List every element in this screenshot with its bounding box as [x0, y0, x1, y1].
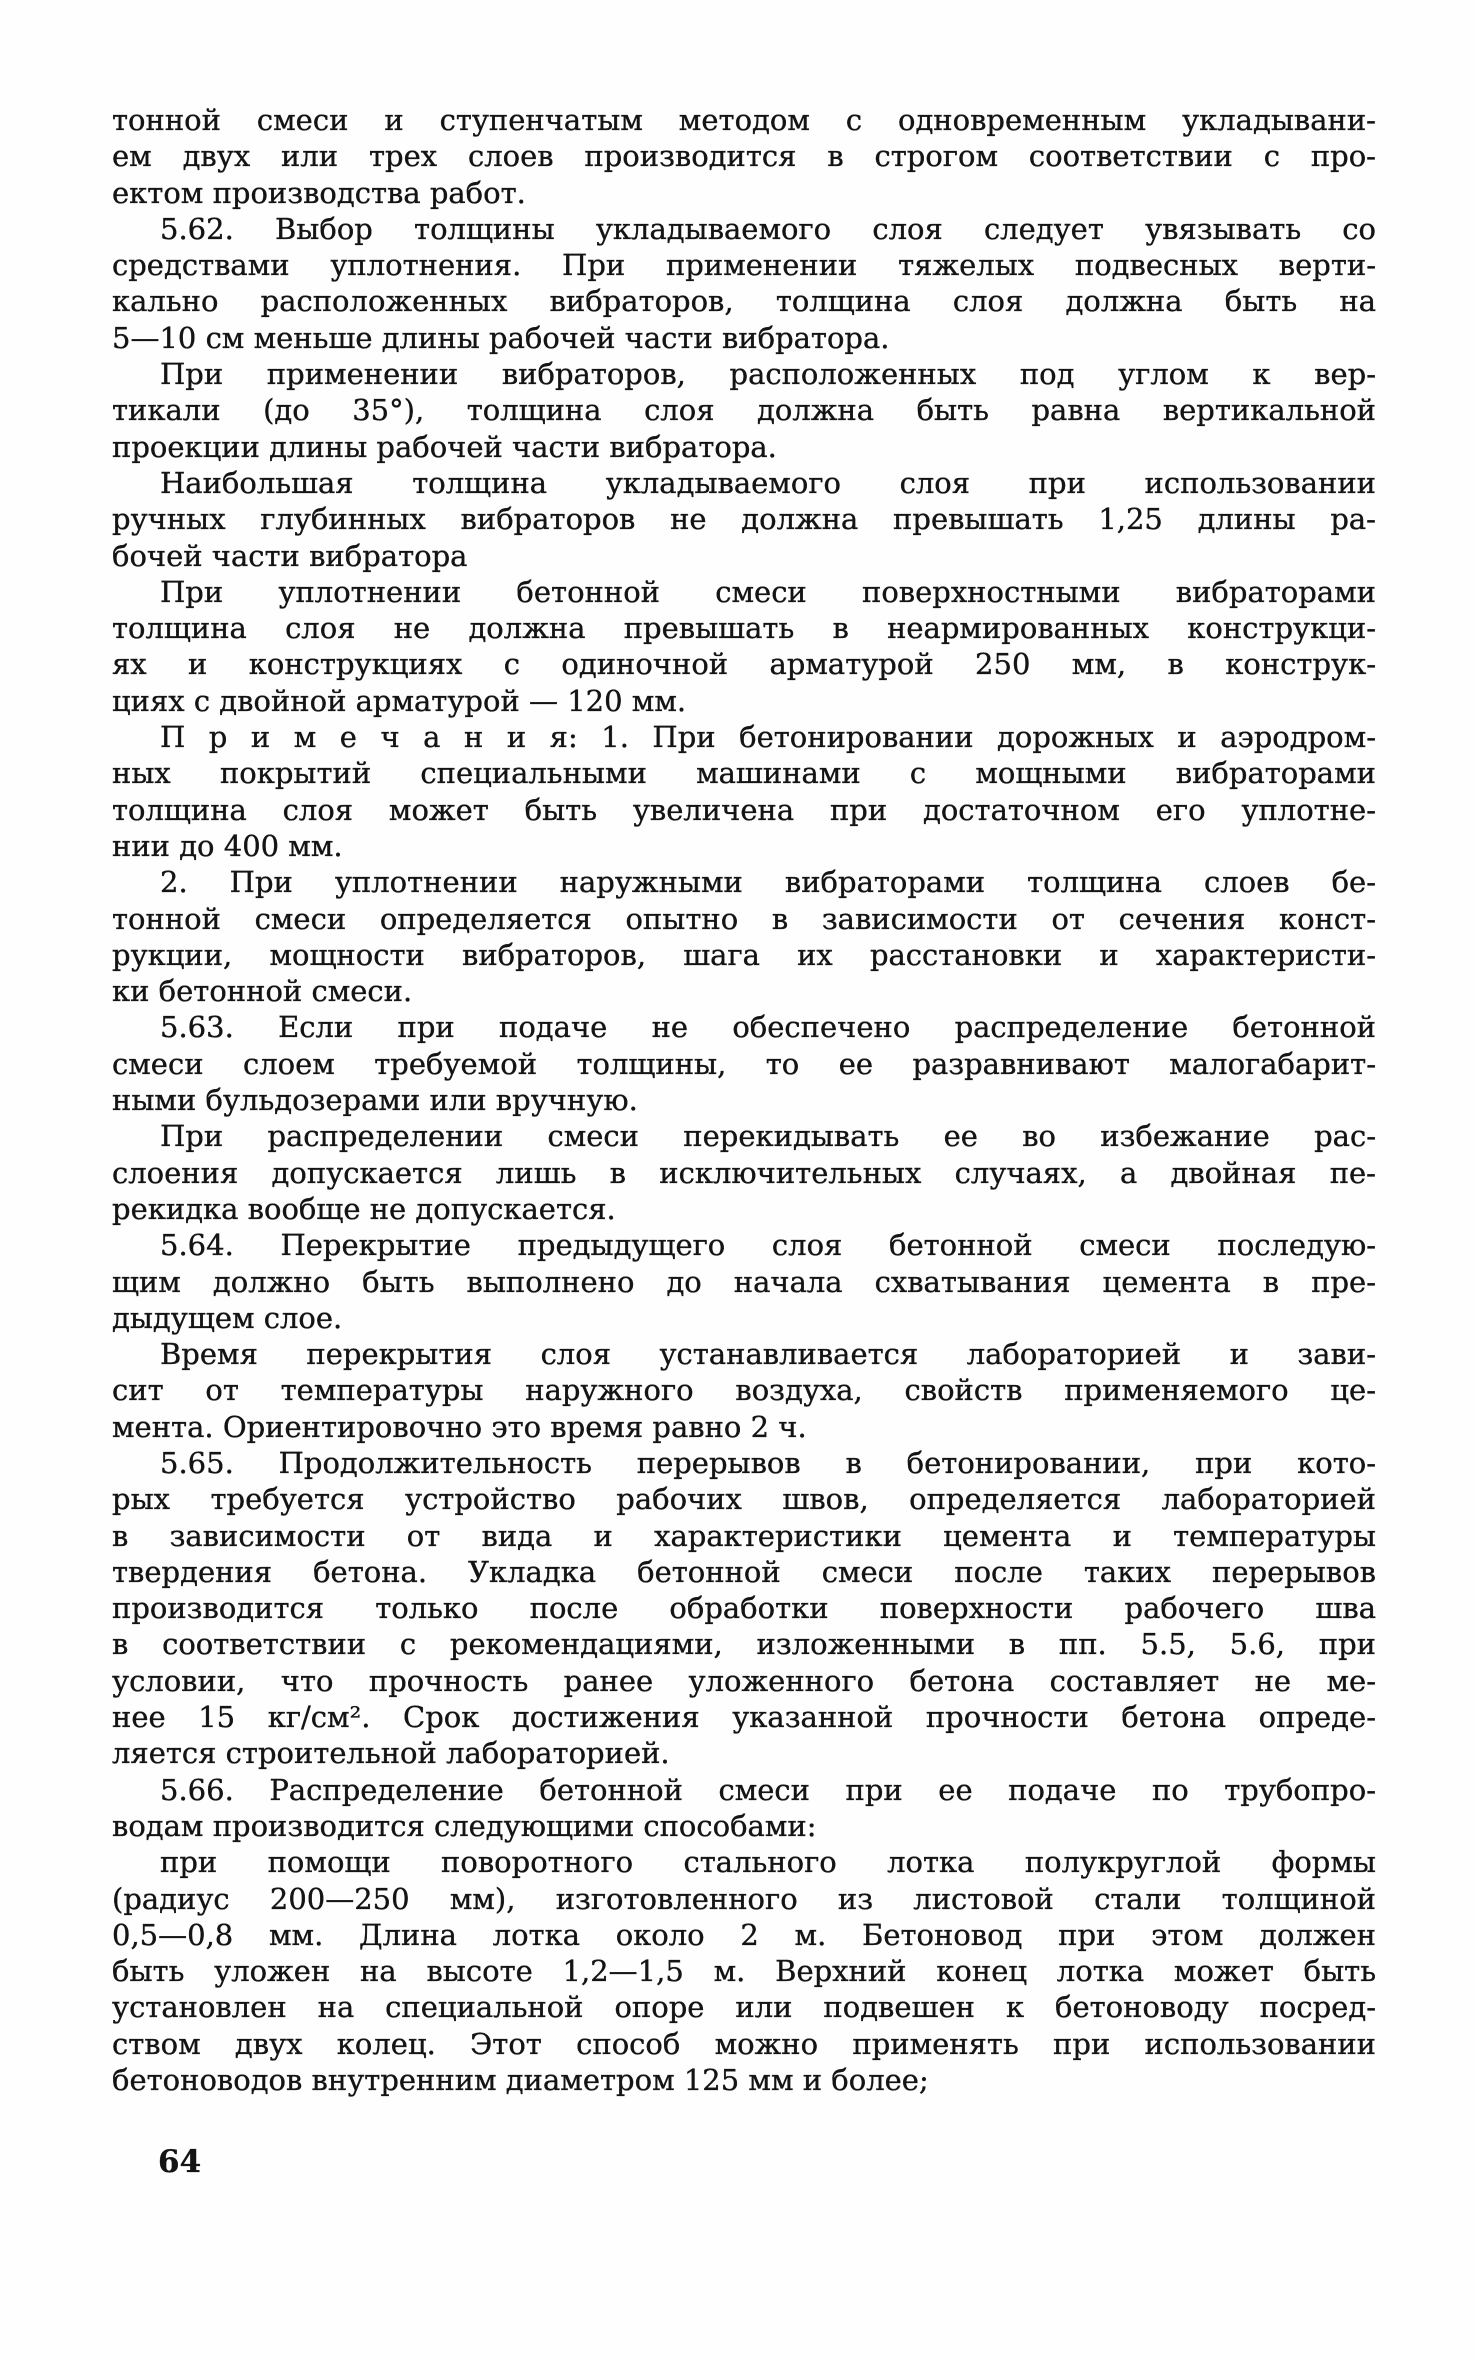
- text-line: проекции длины рабочей части вибратора.: [112, 429, 1376, 465]
- text-line: кально расположенных вибраторов, толщина…: [112, 283, 1376, 319]
- text-line: тонной смеси определяется опытно в завис…: [112, 901, 1376, 937]
- text-line: установлен на специальной опоре или подв…: [112, 1989, 1376, 2025]
- text-line: сит от температуры наружного воздуха, св…: [112, 1372, 1376, 1408]
- text-line: в соответствии с рекомендациями, изложен…: [112, 1626, 1376, 1662]
- page-body-text: тонной смеси и ступенчатым методом с одн…: [112, 102, 1376, 2098]
- text-line: нее 15 кг/см². Срок достижения указанной…: [112, 1699, 1376, 1735]
- text-line: ки бетонной смеси.: [112, 973, 1376, 1009]
- text-line: водам производится следующими способами:: [112, 1808, 1376, 1844]
- text-line: 5.63. Если при подаче не обеспечено расп…: [112, 1009, 1376, 1045]
- text-line: твердения бетона. Укладка бетонной смеси…: [112, 1554, 1376, 1590]
- text-line: рых требуется устройство рабочих швов, о…: [112, 1481, 1376, 1517]
- text-line: При применении вибраторов, расположенных…: [112, 356, 1376, 392]
- text-line: дыдущем слое.: [112, 1300, 1376, 1336]
- text-line: нии до 400 мм.: [112, 828, 1376, 864]
- text-line: ручных глубинных вибраторов не должна пр…: [112, 501, 1376, 537]
- text-line: 5.65. Продолжительность перерывов в бето…: [112, 1445, 1376, 1481]
- text-line: ными бульдозерами или вручную.: [112, 1082, 1376, 1118]
- text-line: смеси слоем требуемой толщины, то ее раз…: [112, 1046, 1376, 1082]
- text-line: бетоноводов внутренним диаметром 125 мм …: [112, 2062, 1376, 2098]
- text-line: щим должно быть выполнено до начала схва…: [112, 1264, 1376, 1300]
- text-line: производится только после обработки пове…: [112, 1590, 1376, 1626]
- document-page: тонной смеси и ступенчатым методом с одн…: [0, 0, 1476, 2362]
- text-line: ях и конструкциях с одиночной арматурой …: [112, 646, 1376, 682]
- text-line: (радиус 200—250 мм), изготовленного из л…: [112, 1881, 1376, 1917]
- text-line: тонной смеси и ступенчатым методом с одн…: [112, 102, 1376, 138]
- text-line: ных покрытий специальными машинами с мощ…: [112, 755, 1376, 791]
- text-line: циях с двойной арматурой — 120 мм.: [112, 683, 1376, 719]
- text-line: 5.66. Распределение бетонной смеси при е…: [112, 1772, 1376, 1808]
- text-line: 5.64. Перекрытие предыдущего слоя бетонн…: [112, 1227, 1376, 1263]
- text-line: П р и м е ч а н и я: 1. При бетонировани…: [112, 719, 1376, 755]
- text-line: при помощи поворотного стального лотка п…: [112, 1844, 1376, 1880]
- text-line: 5.62. Выбор толщины укладываемого слоя с…: [112, 211, 1376, 247]
- text-line: рукции, мощности вибраторов, шага их рас…: [112, 937, 1376, 973]
- text-line: 2. При уплотнении наружными вибраторами …: [112, 864, 1376, 900]
- text-line: ектом производства работ.: [112, 175, 1376, 211]
- text-line: толщина слоя может быть увеличена при до…: [112, 792, 1376, 828]
- text-line: 0,5—0,8 мм. Длина лотка около 2 м. Бетон…: [112, 1917, 1376, 1953]
- text-line: рекидка вообще не допускается.: [112, 1191, 1376, 1227]
- text-line: Время перекрытия слоя устанавливается ла…: [112, 1336, 1376, 1372]
- text-line: в зависимости от вида и характеристики ц…: [112, 1518, 1376, 1554]
- text-line: При уплотнении бетонной смеси поверхност…: [112, 574, 1376, 610]
- text-line: тикали (до 35°), толщина слоя должна быт…: [112, 392, 1376, 428]
- text-line: мента. Ориентировочно это время равно 2 …: [112, 1409, 1376, 1445]
- text-line: слоения допускается лишь в исключительны…: [112, 1155, 1376, 1191]
- text-line: 5—10 см меньше длины рабочей части вибра…: [112, 320, 1376, 356]
- text-line: толщина слоя не должна превышать в неарм…: [112, 610, 1376, 646]
- page-number: 64: [158, 2144, 201, 2180]
- text-line: Наибольшая толщина укладываемого слоя пр…: [112, 465, 1376, 501]
- text-line: ством двух колец. Этот способ можно прим…: [112, 2026, 1376, 2062]
- text-line: бочей части вибратора: [112, 538, 1376, 574]
- text-line: средствами уплотнения. При применении тя…: [112, 247, 1376, 283]
- text-line: При распределении смеси перекидывать ее …: [112, 1118, 1376, 1154]
- text-line: ем двух или трех слоев производится в ст…: [112, 138, 1376, 174]
- text-line: ляется строительной лабораторией.: [112, 1735, 1376, 1771]
- text-line: условии, что прочность ранее уложенного …: [112, 1663, 1376, 1699]
- text-line: быть уложен на высоте 1,2—1,5 м. Верхний…: [112, 1953, 1376, 1989]
